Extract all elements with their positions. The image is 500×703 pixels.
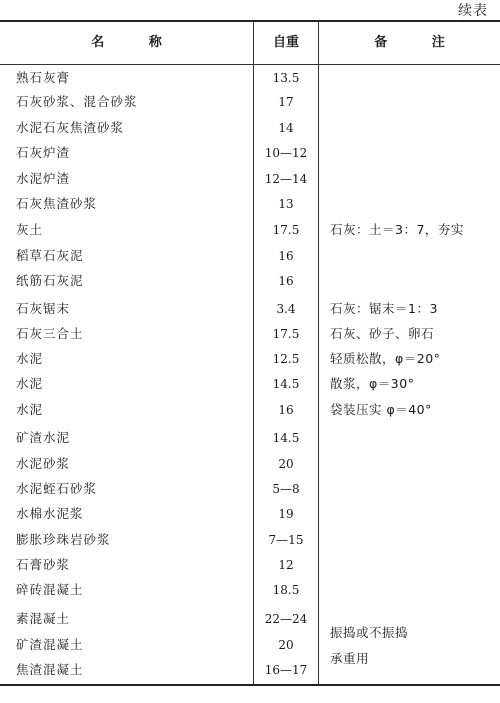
table-row: 水泥16袋装压实 φ＝40° [0,398,500,422]
row-weight: 13.5 [254,66,318,90]
row-note: 石灰：土＝3：7，夯实 [330,218,498,242]
row-weight: 13 [254,192,318,216]
row-name: 石膏砂浆 [16,553,251,577]
row-weight: 20 [254,452,318,476]
row-name: 熟石灰膏 [16,66,251,90]
table-row: 水泥12.5轻质松散，φ＝20° [0,347,500,371]
row-note: 石灰、砂子、卵石 [330,322,498,346]
row-weight: 16 [254,269,318,293]
continued-table-label: 续表 [458,0,488,20]
table-row: 水泥14.5散浆，φ＝30° [0,372,500,396]
row-weight: 14.5 [254,372,318,396]
row-weight: 5—8 [254,477,318,501]
row-note: 袋装压实 φ＝40° [330,398,498,422]
material-weight-table: 名 称 自重 备 注 熟石灰膏13.5石灰砂浆、混合砂浆17水泥石灰焦渣砂浆14… [0,20,500,686]
row-name: 膨胀珍珠岩砂浆 [16,528,251,552]
table-row: 灰土17.5石灰：土＝3：7，夯实 [0,218,500,242]
row-weight: 10—12 [254,141,318,165]
row-note: 石灰：锯末＝1：3 [330,297,498,321]
table-row: 石灰炉渣10—12 [0,141,500,165]
row-name: 石灰三合土 [16,322,251,346]
table-row: 水泥蛭石砂浆5—8 [0,477,500,501]
row-name: 石灰砂浆、混合砂浆 [16,90,251,114]
header-name: 名 称 [0,22,253,64]
group-note-line2: 承重用 [330,646,408,672]
table-row: 水泥砂浆20 [0,452,500,476]
row-name: 水泥蛭石砂浆 [16,477,251,501]
table-row: 水泥石灰焦渣砂浆14 [0,116,500,140]
table-header: 名 称 自重 备 注 [0,22,500,65]
row-weight: 17 [254,90,318,114]
row-weight: 17.5 [254,218,318,242]
row-weight: 16 [254,398,318,422]
table-row: 水棉水泥浆19 [0,502,500,526]
row-name: 水泥石灰焦渣砂浆 [16,116,251,140]
row-name: 水泥 [16,347,251,371]
header-note: 备 注 [319,22,500,64]
row-weight: 18.5 [254,578,318,602]
row-name: 水泥炉渣 [16,167,251,191]
row-weight: 22—24 [254,607,318,631]
row-weight: 20 [254,633,318,657]
table-row: 石膏砂浆12 [0,553,500,577]
row-name: 石灰炉渣 [16,141,251,165]
row-name: 水棉水泥浆 [16,502,251,526]
row-name: 素混凝土 [16,607,251,631]
group-note-line1: 振捣或不振捣 [330,620,408,646]
table-row: 石灰砂浆、混合砂浆17 [0,90,500,114]
row-weight: 12—14 [254,167,318,191]
row-weight: 12.5 [254,347,318,371]
row-name: 石灰锯末 [16,297,251,321]
concrete-group-note: 振捣或不振捣 承重用 [330,620,408,672]
row-name: 纸筋石灰泥 [16,269,251,293]
table-row: 石灰锯末3.4石灰：锯末＝1：3 [0,297,500,321]
table-row: 碎砖混凝土18.5 [0,578,500,602]
header-weight: 自重 [254,22,318,64]
table-row: 纸筋石灰泥16 [0,269,500,293]
table-row: 矿渣混凝土20 [0,633,500,657]
row-weight: 19 [254,502,318,526]
row-weight: 3.4 [254,297,318,321]
table-row: 膨胀珍珠岩砂浆7—15 [0,528,500,552]
table-row: 石灰三合土17.5石灰、砂子、卵石 [0,322,500,346]
table-row: 矿渣水泥14.5 [0,426,500,450]
table-row: 焦渣混凝土16—17 [0,658,500,682]
table-row: 稻草石灰泥16 [0,244,500,268]
table-row: 水泥炉渣12—14 [0,167,500,191]
row-name: 水泥砂浆 [16,452,251,476]
row-weight: 7—15 [254,528,318,552]
row-name: 碎砖混凝土 [16,578,251,602]
row-name: 水泥 [16,398,251,422]
row-name: 矿渣混凝土 [16,633,251,657]
row-note: 散浆，φ＝30° [330,372,498,396]
table-row: 石灰焦渣砂浆13 [0,192,500,216]
row-name: 稻草石灰泥 [16,244,251,268]
row-name: 焦渣混凝土 [16,658,251,682]
table-row: 素混凝土22—24 [0,607,500,631]
table-row: 熟石灰膏13.5 [0,66,500,90]
row-weight: 12 [254,553,318,577]
row-weight: 14 [254,116,318,140]
row-name: 矿渣水泥 [16,426,251,450]
row-weight: 16 [254,244,318,268]
row-note: 轻质松散，φ＝20° [330,347,498,371]
row-name: 石灰焦渣砂浆 [16,192,251,216]
row-name: 灰土 [16,218,251,242]
row-name: 水泥 [16,372,251,396]
row-weight: 16—17 [254,658,318,682]
row-weight: 17.5 [254,322,318,346]
row-weight: 14.5 [254,426,318,450]
